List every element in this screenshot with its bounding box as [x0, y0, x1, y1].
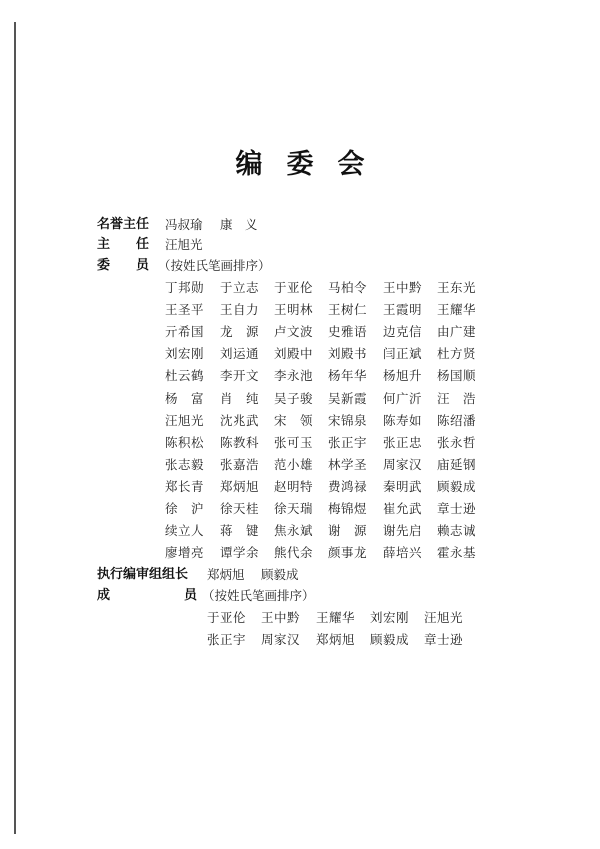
exec-members-header-row: 成 员 （按姓氏笔画排序） [0, 586, 600, 606]
member-name: 宋 领 [274, 411, 326, 431]
member-name: 费鸿禄 [328, 477, 380, 497]
member-name: 张正宇 [328, 433, 380, 453]
member-name: 陈教科 [220, 433, 272, 453]
member-name: 丁邦勋 [165, 278, 217, 298]
members-label-char: 委 [97, 256, 110, 276]
member-name: 周家汉 [383, 455, 435, 475]
member-name: 王圣平 [165, 300, 217, 320]
members-sort-note: （按姓氏笔画排序） [158, 256, 271, 276]
member-name: 王树仁 [328, 300, 380, 320]
member-name: 薛培兴 [383, 543, 435, 563]
member-row: 汪旭光沈兆武宋 领宋锦泉陈寿如陈绍潘 [0, 411, 600, 431]
member-name: 张正忠 [383, 433, 435, 453]
members-label: 委 员 [97, 256, 149, 276]
member-name: 蒋 键 [220, 521, 272, 541]
member-name: 杨年华 [328, 366, 380, 386]
page-title: 编委会 [0, 142, 600, 181]
member-name: 刘殿书 [328, 344, 380, 364]
member-name: 赵明特 [274, 477, 326, 497]
member-name: 汪 浩 [437, 389, 489, 409]
member-name: 李永池 [274, 366, 326, 386]
member-name: 廖增亮 [165, 543, 217, 563]
exec-member-row: 张正宇周家汉郑炳旭顾毅成章士逊 [0, 630, 600, 650]
member-name: 徐 沪 [165, 499, 217, 519]
member-name: 赖志诚 [437, 521, 489, 541]
director-label: 主 任 [97, 235, 149, 255]
member-name: 熊代余 [274, 543, 326, 563]
member-name: 肖 纯 [220, 389, 272, 409]
member-name: 王自力 [220, 300, 272, 320]
member-name: 续立人 [165, 521, 217, 541]
exec-leader-label: 执行编审组组长 [97, 565, 188, 585]
member-name: 刘殿中 [274, 344, 326, 364]
member-name: 闫正斌 [383, 344, 435, 364]
exec-leader-row: 执行编审组组长 郑炳旭 顾毅成 [0, 565, 600, 585]
member-name: 崔允武 [383, 499, 435, 519]
member-name: 王明林 [274, 300, 326, 320]
exec-member-name: 周家汉 [261, 630, 313, 650]
member-name: 谭学余 [220, 543, 272, 563]
member-name: 于亚伦 [274, 278, 326, 298]
exec-member-row: 于亚伦王中黔王耀华刘宏刚汪旭光 [0, 608, 600, 628]
member-name: 宋锦泉 [328, 411, 380, 431]
member-name: 张永哲 [437, 433, 489, 453]
exec-member-name: 顾毅成 [370, 630, 422, 650]
member-name: 秦明武 [383, 477, 435, 497]
member-name: 吴新霞 [328, 389, 380, 409]
member-name: 龙 源 [220, 322, 272, 342]
member-name: 张嘉浩 [220, 455, 272, 475]
member-name: 边克信 [383, 322, 435, 342]
exec-member-name: 章士逊 [424, 630, 476, 650]
member-name: 刘宏刚 [165, 344, 217, 364]
exec-members-sort-note: （按姓氏笔画排序） [202, 586, 315, 606]
exec-members-label-char: 员 [184, 586, 197, 606]
member-name: 陈积松 [165, 433, 217, 453]
member-row: 徐 沪徐天桂徐天瑞梅锦煜崔允武章士逊 [0, 499, 600, 519]
member-name: 梅锦煜 [328, 499, 380, 519]
member-name: 李开文 [220, 366, 272, 386]
member-name: 谢 源 [328, 521, 380, 541]
member-row: 杜云鹤李开文李永池杨年华杨旭升杨国顺 [0, 366, 600, 386]
member-name: 陈绍潘 [437, 411, 489, 431]
member-name: 汪旭光 [165, 411, 217, 431]
member-name: 焦永斌 [274, 521, 326, 541]
member-name: 吴子骏 [274, 389, 326, 409]
member-name: 徐天瑞 [274, 499, 326, 519]
exec-member-name: 王耀华 [316, 608, 368, 628]
member-name: 林学圣 [328, 455, 380, 475]
member-name: 郑炳旭 [220, 477, 272, 497]
exec-member-name: 王中黔 [261, 608, 313, 628]
member-name: 范小雄 [274, 455, 326, 475]
director-row: 主 任 汪旭光 [0, 235, 600, 255]
exec-member-name: 刘宏刚 [370, 608, 422, 628]
member-name: 章士逊 [437, 499, 489, 519]
director-label-char: 任 [136, 235, 149, 255]
member-name: 霍永基 [437, 543, 489, 563]
exec-member-name: 郑炳旭 [316, 630, 368, 650]
member-row: 刘宏刚刘运通刘殿中刘殿书闫正斌杜方贤 [0, 344, 600, 364]
member-name: 杜方贤 [437, 344, 489, 364]
member-name: 于立志 [220, 278, 272, 298]
exec-member-name: 于亚伦 [207, 608, 259, 628]
member-row: 王圣平王自力王明林王树仁王霞明王耀华 [0, 300, 600, 320]
director-name: 汪旭光 [165, 235, 203, 255]
member-name: 刘运通 [220, 344, 272, 364]
member-row: 郑长青郑炳旭赵明特费鸿禄秦明武顾毅成 [0, 477, 600, 497]
member-name: 沈兆武 [220, 411, 272, 431]
member-row: 廖增亮谭学余熊代余颜事龙薛培兴霍永基 [0, 543, 600, 563]
member-row: 杨 富肖 纯吴子骏吴新霞何广沂汪 浩 [0, 389, 600, 409]
member-name: 庙延钢 [437, 455, 489, 475]
members-header-row: 委 员 （按姓氏笔画排序） [0, 256, 600, 276]
member-name: 陈寿如 [383, 411, 435, 431]
member-row: 续立人蒋 键焦永斌谢 源谢先启赖志诚 [0, 521, 600, 541]
member-name: 颜事龙 [328, 543, 380, 563]
director-label-char: 主 [97, 235, 110, 255]
member-name: 史雅语 [328, 322, 380, 342]
member-name: 王霞明 [383, 300, 435, 320]
member-name: 由广建 [437, 322, 489, 342]
exec-member-name: 汪旭光 [424, 608, 476, 628]
member-name: 杨旭升 [383, 366, 435, 386]
honorary-director-name: 康 义 [220, 215, 258, 235]
members-label-char: 员 [136, 256, 149, 276]
member-name: 亓希国 [165, 322, 217, 342]
member-row: 丁邦勋于立志于亚伦马柏令王中黔王东光 [0, 278, 600, 298]
exec-members-label: 成 员 [97, 586, 197, 606]
member-name: 王中黔 [383, 278, 435, 298]
member-name: 马柏令 [328, 278, 380, 298]
member-name: 张可玉 [274, 433, 326, 453]
honorary-director-row: 名誉主任 冯叔瑜 康 义 [0, 215, 600, 235]
member-row: 张志毅张嘉浩范小雄林学圣周家汉庙延钢 [0, 455, 600, 475]
exec-members-label-char: 成 [97, 586, 110, 606]
member-row: 亓希国龙 源卢文波史雅语边克信由广建 [0, 322, 600, 342]
member-name: 张志毅 [165, 455, 217, 475]
exec-leader-name: 郑炳旭 [207, 565, 245, 585]
member-name: 谢先启 [383, 521, 435, 541]
member-row: 陈积松陈教科张可玉张正宇张正忠张永哲 [0, 433, 600, 453]
member-name: 卢文波 [274, 322, 326, 342]
member-name: 顾毅成 [437, 477, 489, 497]
member-name: 王耀华 [437, 300, 489, 320]
exec-leader-name: 顾毅成 [261, 565, 299, 585]
member-name: 郑长青 [165, 477, 217, 497]
honorary-director-name: 冯叔瑜 [165, 215, 203, 235]
member-name: 何广沂 [383, 389, 435, 409]
member-name: 杜云鹤 [165, 366, 217, 386]
member-name: 徐天桂 [220, 499, 272, 519]
exec-member-name: 张正宇 [207, 630, 259, 650]
member-name: 王东光 [437, 278, 489, 298]
honorary-director-label: 名誉主任 [97, 215, 149, 235]
member-name: 杨国顺 [437, 366, 489, 386]
member-name: 杨 富 [165, 389, 217, 409]
